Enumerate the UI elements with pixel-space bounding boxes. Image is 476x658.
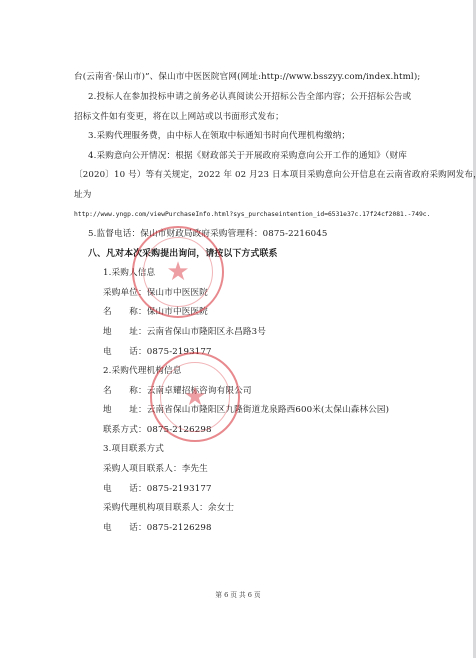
text-line: 址为	[74, 189, 92, 201]
text-line: 台(云南省·保山市)”、保山市中医医院官网(网址:http://www.bssz…	[74, 71, 420, 83]
text-line: 5.监督电话：保山市财政局政府采购管理科：0875-2216045	[88, 228, 327, 240]
text-line: 〔2020〕10 号）等有关规定，2022 年 02 月23 日本项目采购意向公…	[74, 169, 476, 181]
page-footer: 第 6 页 共 6 页	[0, 589, 476, 599]
text-line: 1.采购人信息	[103, 267, 155, 279]
text-line: 联系方式：0875-2126298	[103, 424, 212, 436]
text-line: 采购人项目联系人：李先生	[103, 463, 208, 475]
text-line: 3.采购代理服务费，由中标人在领取中标通知书时向代理机构缴纳；	[88, 130, 350, 142]
text-line: 电 话：0875-2193177	[103, 483, 212, 495]
text-line: 电 话：0875-2193177	[103, 346, 212, 358]
text-line: 名 称：保山市中医医院	[103, 306, 208, 318]
text-line: 招标文件如有变更，将在以上网站或以书面形式发布；	[74, 111, 284, 123]
text-line: 名 称：云南卓耀招标咨询有限公司	[103, 385, 252, 397]
text-line: 地 址：云南省保山市隆阳区永昌路3号	[103, 326, 266, 338]
seal-star-icon: ★	[166, 259, 189, 285]
text-line: 八、凡对本次采购提出询问，请按以下方式联系	[88, 248, 278, 260]
text-line: 3.项目联系方式	[103, 443, 164, 455]
text-line: http://www.yngp.com/viewPurchaseInfo.htm…	[74, 209, 430, 221]
text-line: 采购单位：保山市中医医院	[103, 287, 208, 299]
text-line: 电 话：0875-2126298	[103, 522, 212, 534]
text-line: 地 址：云南省保山市隆阳区九隆街道龙泉路西600米(太保山森林公园)	[103, 404, 389, 416]
text-line: 采购代理机构项目联系人：余女士	[103, 502, 234, 514]
text-line: 4.采购意向公开情况：根据《财政部关于开展政府采购意向公开工作的通知》（财库	[88, 150, 407, 162]
text-line: 2.投标人在参加投标申请之前务必认真阅读公开招标公告全部内容；公开招标公告或	[88, 91, 411, 103]
text-line: 2.采购代理机构信息	[103, 365, 181, 377]
